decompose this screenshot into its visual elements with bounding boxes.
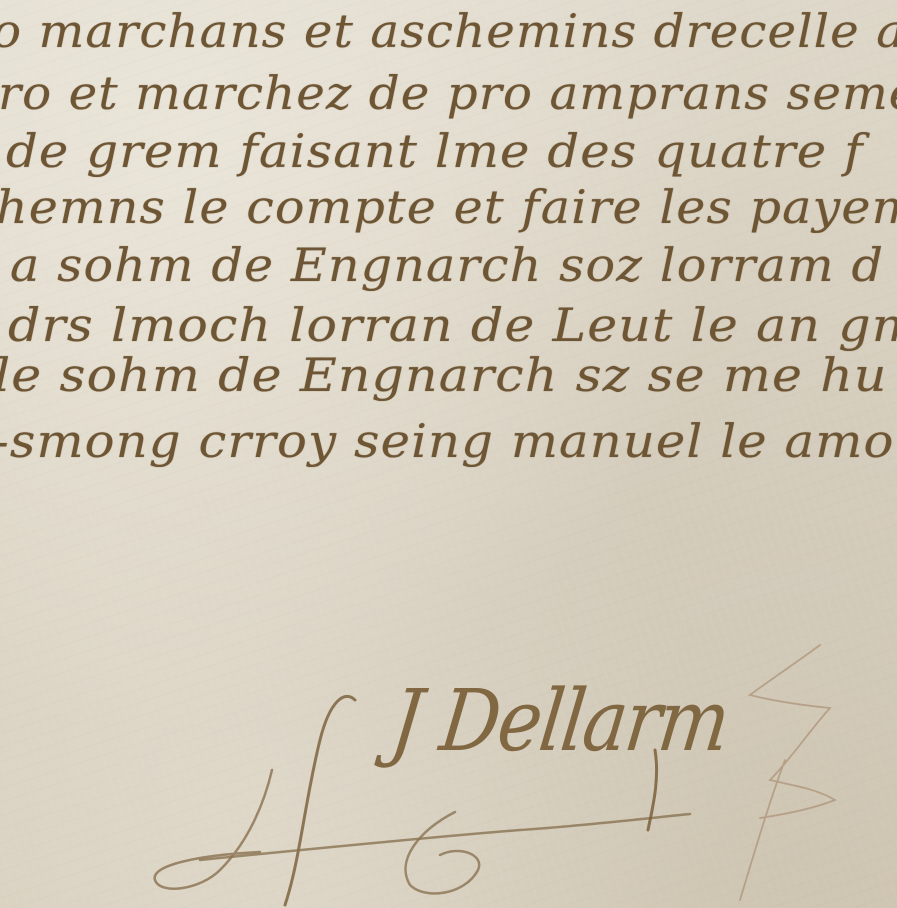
manuscript-line-5: a sohm de Engnarch soz lorram d (10, 238, 884, 292)
manuscript-line-7: le sohm de Engnarch sz se me hu (0, 348, 888, 402)
manuscript-line-6: drs lmoch lorran de Leut le an gm (8, 298, 897, 352)
manuscript-line-4: hemns le compte et faire les payem (0, 180, 897, 234)
manuscript-line-2: ro et marchez de pro amprans semet le (0, 66, 897, 120)
manuscript-line-3: de grem faisant lme des quatre f (6, 124, 864, 178)
signature: J Dellarm (386, 672, 733, 771)
manuscript-line-8: -smong crroy seing manuel le amo (0, 414, 894, 468)
manuscript-line-1: o marchans et aschemins drecelle a lir (0, 4, 897, 58)
